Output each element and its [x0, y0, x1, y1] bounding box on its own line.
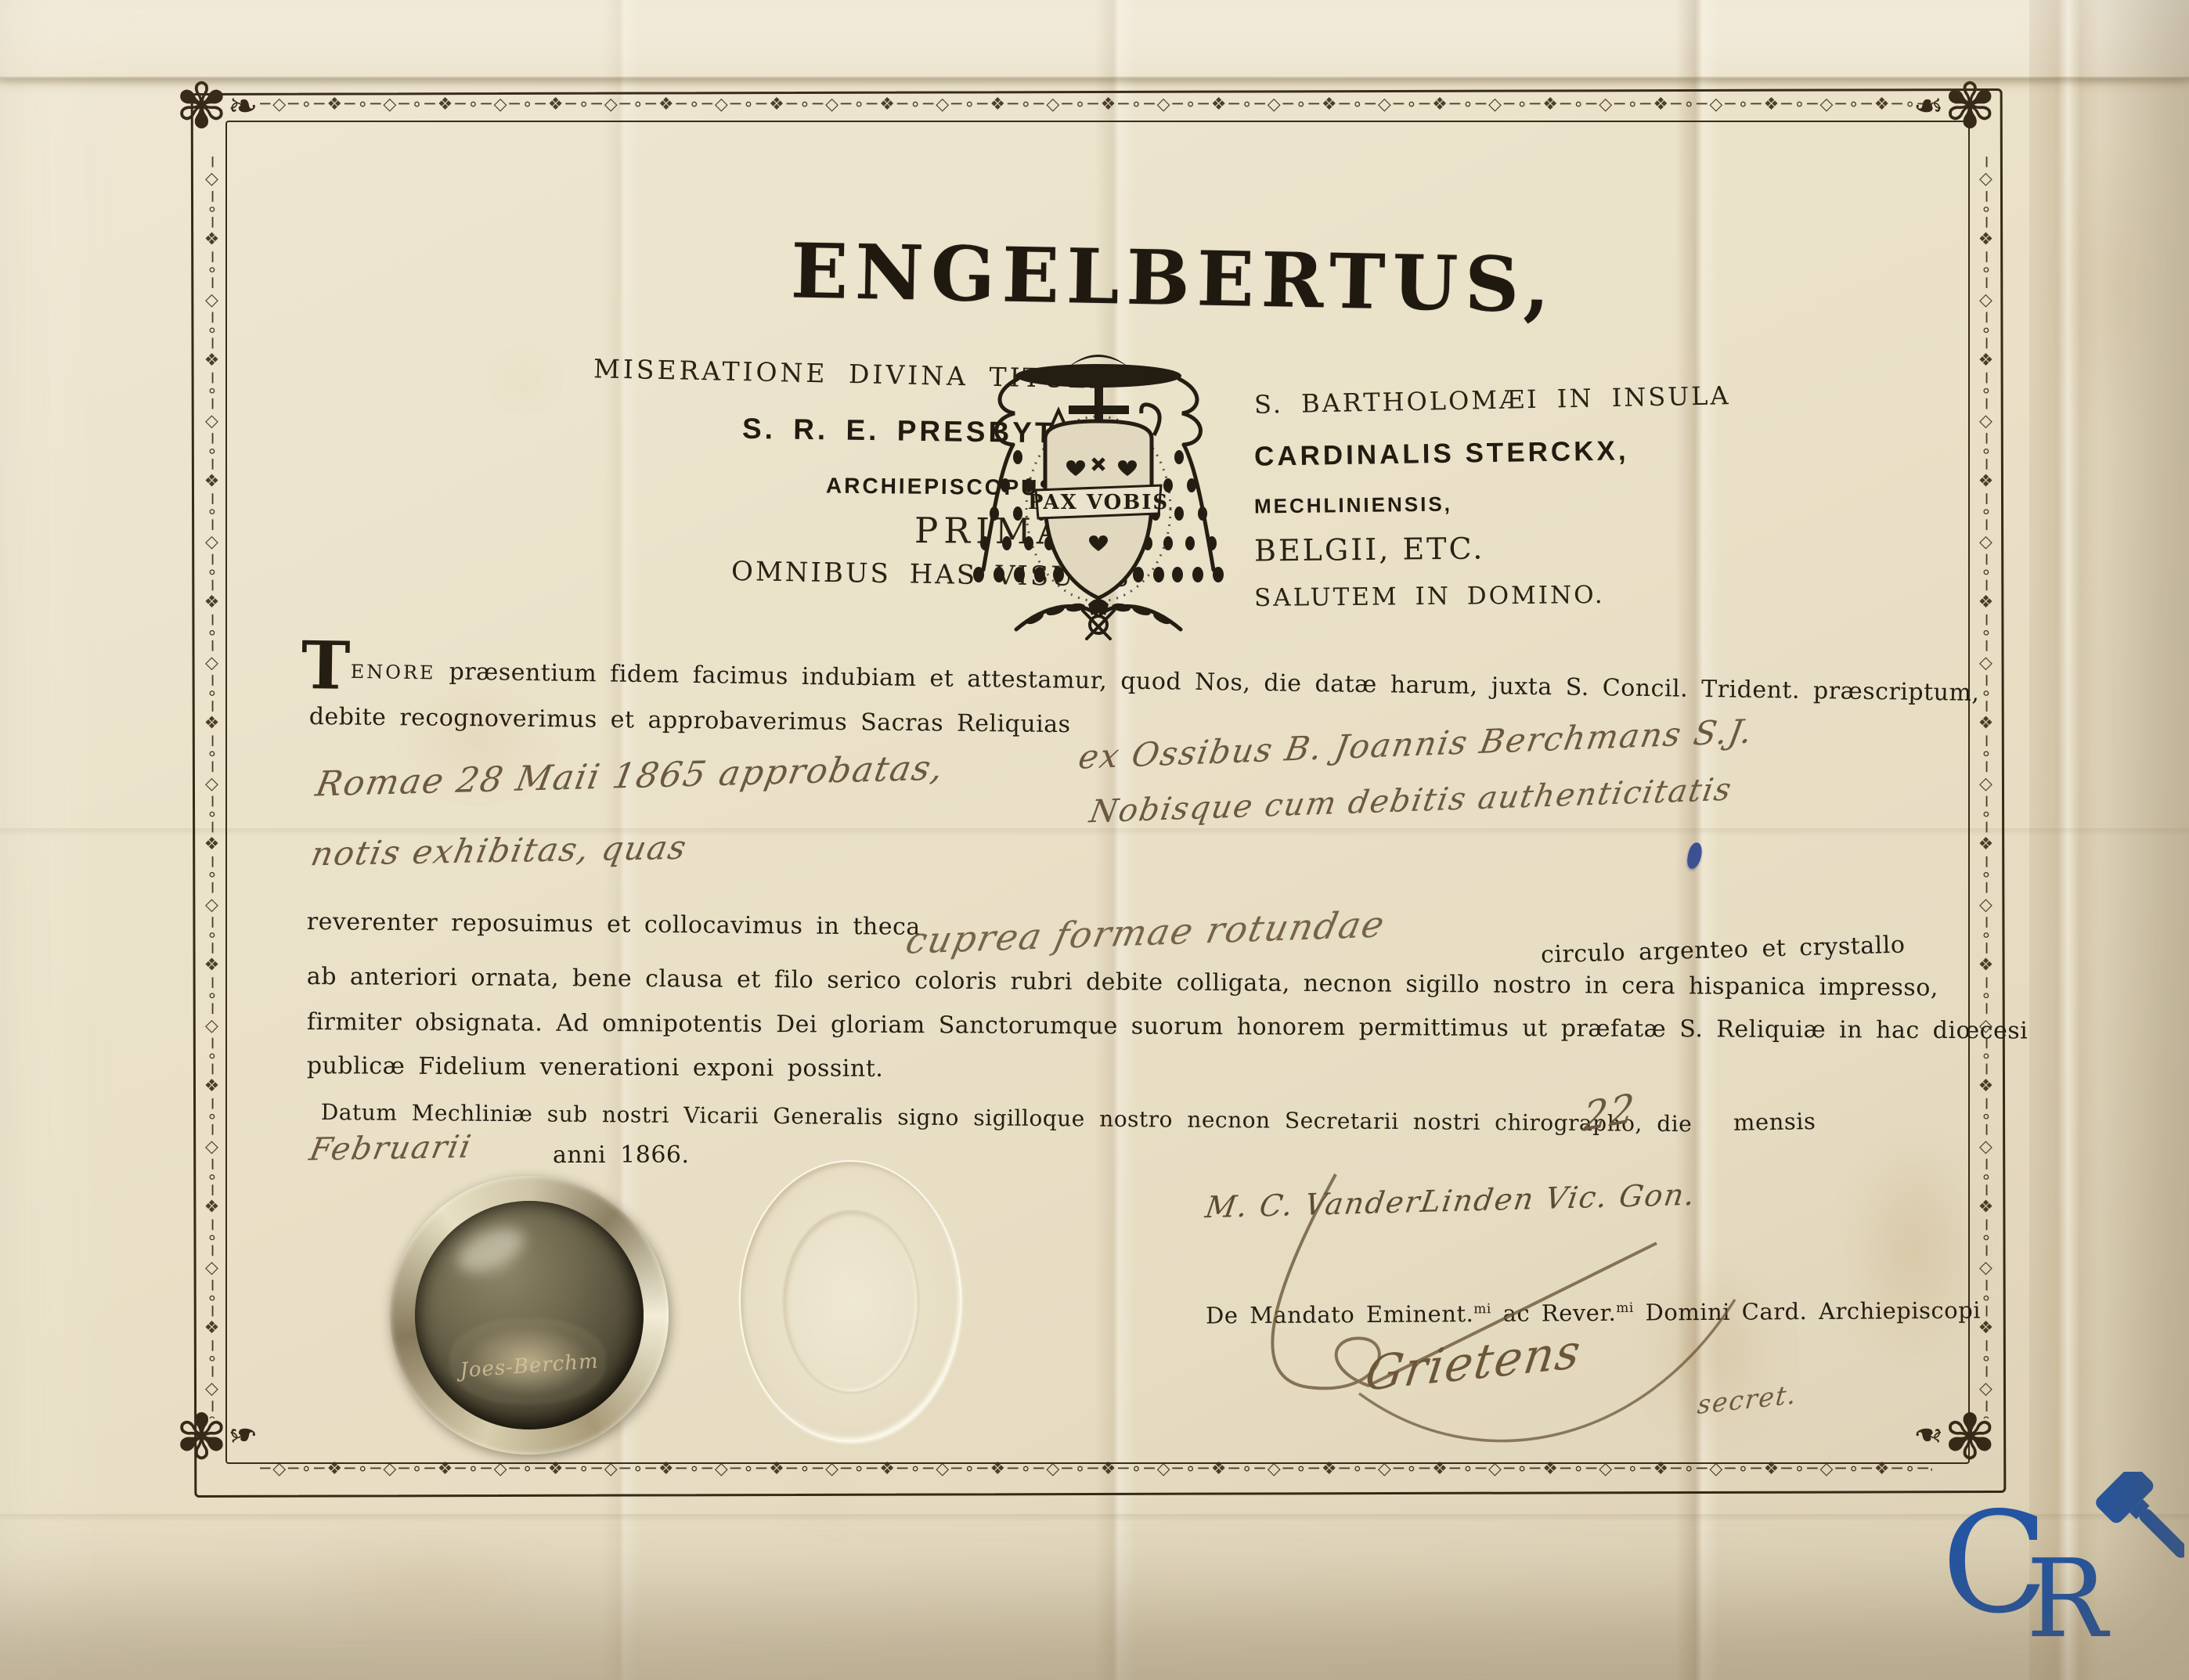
document-photo: ─◇─∘─❖─∘─◇─∘─❖─∘─◇─∘─❖─∘─◇─∘─❖─∘─◇─∘─❖─∘… [0, 0, 2189, 1680]
body-line: publicæ Fidelium venerationi exponi poss… [307, 1052, 884, 1083]
datum-year: anni 1866. [553, 1141, 690, 1169]
horizontal-crease [0, 1514, 2189, 1522]
border-ornament-right: ─◇─∘─❖─∘─◇─∘─❖─∘─◇─∘─❖─∘─◇─∘─❖─∘─◇─∘─❖─∘… [1969, 157, 1996, 1419]
paper-stain [227, 1511, 634, 1644]
corner-flourish-icon: ✾❧ [175, 1403, 258, 1465]
coat-of-arms: PAX VOBIS [969, 335, 1228, 644]
handwritten-month: Februarii [307, 1129, 475, 1168]
vertical-crease [2029, 0, 2100, 1680]
border-ornament-top: ─◇─∘─❖─∘─◇─∘─❖─∘─◇─∘─❖─∘─◇─∘─❖─∘─◇─∘─❖─∘… [260, 95, 1932, 120]
handwritten-day: 22 [1581, 1084, 1637, 1140]
border-ornament-left: ─◇─∘─❖─∘─◇─∘─❖─∘─◇─∘─❖─∘─◇─∘─❖─∘─◇─∘─❖─∘… [195, 157, 222, 1419]
glass-glint [452, 1220, 531, 1282]
corner-flourish-icon: ✾❧ [1913, 75, 1996, 138]
handwritten-line: notis exhibitas, quas [308, 828, 691, 874]
signature-flourish [1218, 1151, 1813, 1480]
paper-stain [2043, 86, 2176, 493]
embossed-seal-core [783, 1210, 919, 1393]
letterhead-right-line: CARDINALIS STERCKX, [1254, 435, 1629, 473]
relic-theca-seal: Joes-Berchm [390, 1176, 669, 1455]
drop-cap: T [301, 626, 351, 705]
letterhead-right-line: SALUTEM IN DOMINO. [1254, 581, 1605, 612]
letterhead-right-line: BELGII, ETC. [1254, 531, 1485, 568]
document-title: ENGELBERTUS, [790, 226, 1496, 328]
top-fold-strip [0, 0, 2189, 78]
corner-flourish-icon: ✾❧ [1913, 1403, 1996, 1465]
embossed-seal [739, 1160, 961, 1442]
auction-watermark: C R [1934, 1476, 2184, 1672]
letterhead-right-line: MECHLINIENSIS, [1254, 492, 1452, 518]
gavel-icon [2067, 1472, 2184, 1589]
datum-mensis: mensis [1733, 1108, 1816, 1136]
body-line: reverenter reposuimus et collocavimus in… [307, 908, 921, 941]
corner-flourish-icon: ✾❧ [175, 75, 258, 138]
theca-glass: Joes-Berchm [415, 1201, 644, 1429]
coat-of-arms-motto: PAX VOBIS [1028, 491, 1169, 514]
